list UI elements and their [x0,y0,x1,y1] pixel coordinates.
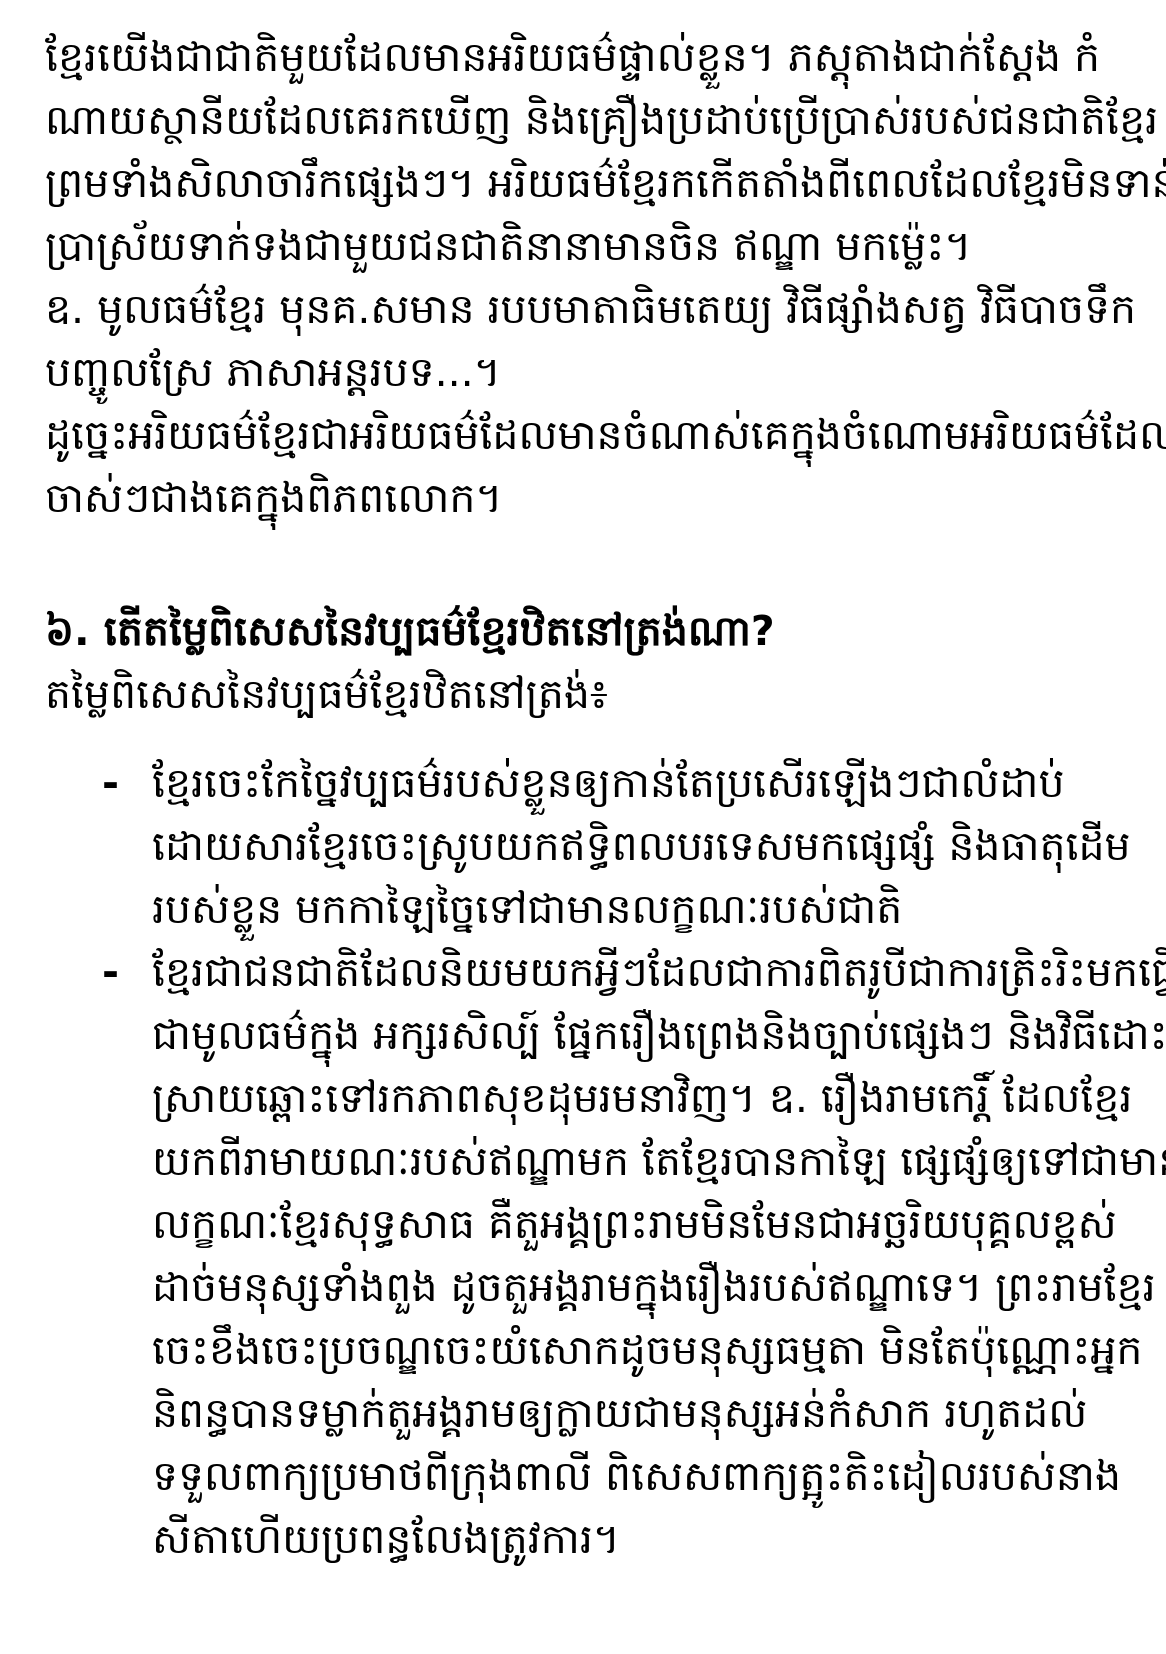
text-line: ប្រាស្រ័យទាក់ទងជាមួយជនជាតិនានាមានចិន ឥណ្… [45,215,1128,278]
text-line: ឧ. មូលធម៌ខ្មែរ មុនគ.សមាន របបមាតាធិមតេយ្យ… [45,278,1128,341]
paragraph: ដូច្នេះអរិយធម៌ខ្មែរជាអរិយធម៌ដែលមានចំណាស់… [45,404,1128,530]
section-intro-line: តម្លៃពិសេសនៃវប្បធម៌ខ្មែរឋិតនៅត្រង់៖ [45,663,1128,726]
text-line: ខ្មែរចេះកែច្នៃវប្បធម៌របស់ខ្លួនឲ្យកាន់តែប… [152,752,1128,815]
bullet-list: - ខ្មែរចេះកែច្នៃវប្បធម៌របស់ខ្លួនឲ្យកាន់ត… [45,752,1128,1571]
text-line: ព្រមទាំងសិលាចារឹកផ្សេងៗ។ អរិយធម៌ខ្មែរកកើ… [45,152,1128,215]
text-line: ដូច្នេះអរិយធម៌ខ្មែរជាអរិយធម៌ដែលមានចំណាស់… [45,404,1128,467]
text-line: ជាមូលធម៌ក្នុង អក្សរសិល្ប៍ ផ្នែករឿងព្រេងន… [152,1004,1128,1067]
list-item: - ខ្មែរចេះកែច្នៃវប្បធម៌របស់ខ្លួនឲ្យកាន់ត… [45,752,1128,941]
text-line: ដាច់មនុស្សទាំងពួង ដូចតួអង្គរាមក្នុងរឿងរប… [152,1256,1128,1319]
list-item: - ខ្មែរជាជនជាតិដែលនិយមយកអ្វីៗដែលជាការពិត… [45,941,1128,1571]
text-line: សីតាហើយប្រពន្ធលែងត្រូវការ។ [152,1508,1128,1571]
text-line: ដោយសារខ្មែរចេះស្រូបយកឥទ្ធិពលបរទេសមកផ្សេផ… [152,815,1128,878]
document-page: { "document": { "language": "Khmer", "co… [0,0,1166,1654]
document-body: ខ្មែរយើងជាជាតិមួយដែលមានអរិយធម៌ផ្ទាល់ខ្លួ… [0,0,1166,1571]
text-line: ស្រាយឆ្ពោះទៅរកភាពសុខដុមរមនាវិញ។ ឧ. រឿងរា… [152,1067,1128,1130]
text-line: បញ្ចូលស្រែ ភាសាអន្តរបទ...។ [45,341,1128,404]
paragraph: ខ្មែរយើងជាជាតិមួយដែលមានអរិយធម៌ផ្ទាល់ខ្លួ… [45,26,1128,278]
text-line: ខ្មែរជាជនជាតិដែលនិយមយកអ្វីៗដែលជាការពិតរូ… [152,941,1128,1004]
text-line: និពន្ធបានទម្លាក់តួអង្គរាមឲ្យក្លាយជាមនុស្… [152,1382,1128,1445]
text-line: ណាយស្ថានីយដែលគេរកឃើញ និងគ្រឿងប្រដាប់ប្រើ… [45,89,1128,152]
section-heading: ៦. តើតម្លៃពិសេសនៃវប្បធម៌ខ្មែរឋិតនៅត្រង់ណ… [45,600,1128,663]
text-line: លក្ខណៈខ្មែរសុទ្ធសាធ គឺតួអង្គព្រះរាមមិនមែ… [152,1193,1128,1256]
bullet-marker: - [102,752,152,815]
text-line: ខ្មែរយើងជាជាតិមួយដែលមានអរិយធម៌ផ្ទាល់ខ្លួ… [45,26,1128,89]
text-line: ចាស់ៗជាងគេក្នុងពិភពលោក។ [45,467,1128,530]
bullet-marker: - [102,941,152,1004]
text-line: ចេះខឹងចេះប្រចណ្ឌចេះយំសោកដូចមនុស្សធម្មតា … [152,1319,1128,1382]
paragraph: ឧ. មូលធម៌ខ្មែរ មុនគ.សមាន របបមាតាធិមតេយ្យ… [45,278,1128,404]
text-line: យកពីរាមាយណៈរបស់ឥណ្ឌាមក តែខ្មែរបានកាឡៃ ផ្… [152,1130,1128,1193]
text-line: របស់ខ្លួន មកកាឡៃច្នៃទៅជាមានលក្ខណៈរបស់ជាត… [152,878,1128,941]
text-line: ទទួលពាក្យប្រមាថពីក្រុងពាលី ពិសេសពាក្យត្អ… [152,1445,1128,1508]
bullet-text: ខ្មែរចេះកែច្នៃវប្បធម៌របស់ខ្លួនឲ្យកាន់តែប… [152,752,1128,941]
bullet-text: ខ្មែរជាជនជាតិដែលនិយមយកអ្វីៗដែលជាការពិតរូ… [152,941,1128,1571]
